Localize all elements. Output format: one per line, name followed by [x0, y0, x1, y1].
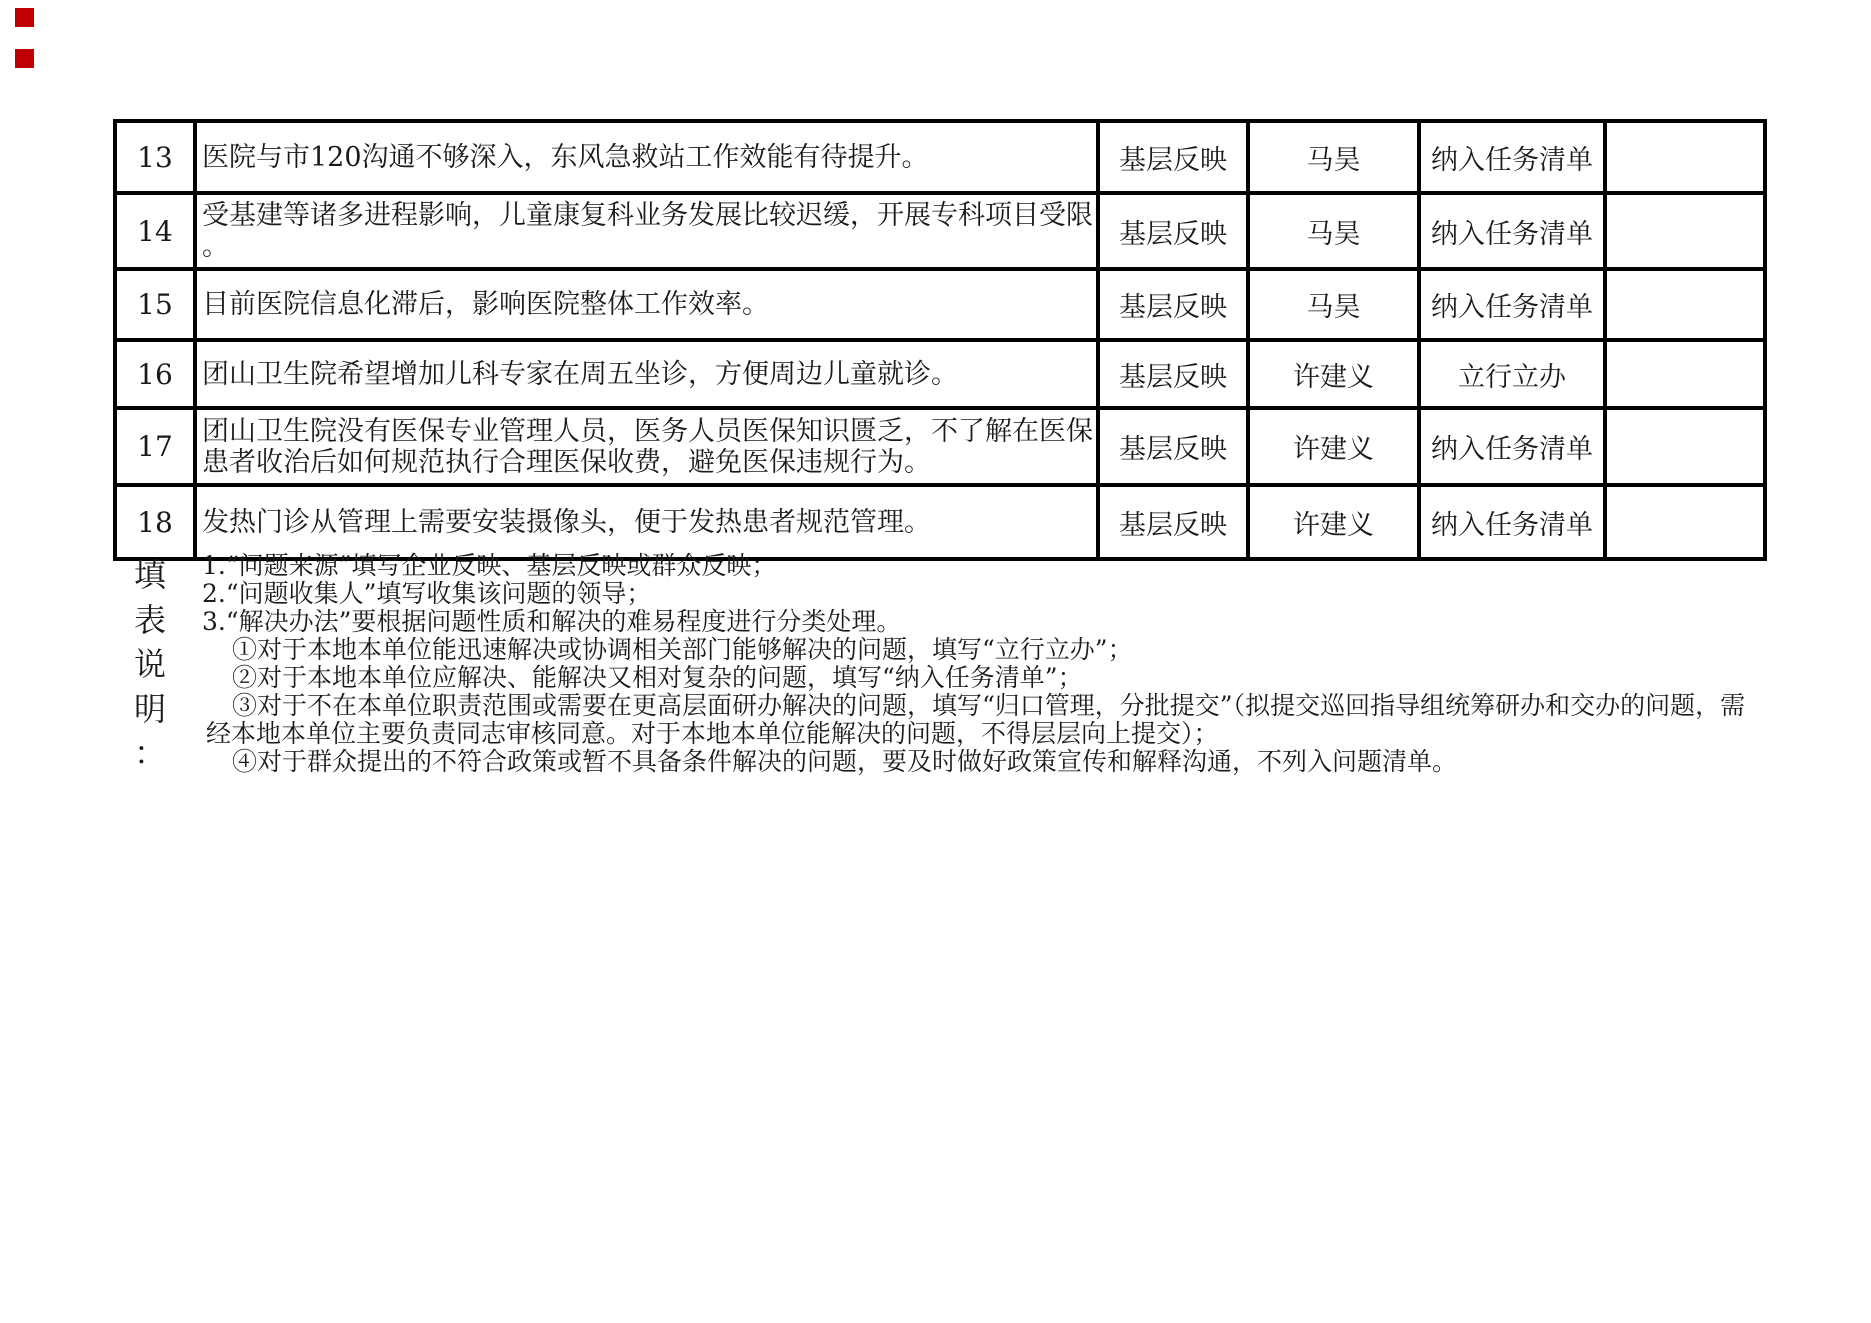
- note-line: ①对于本地本单位能迅速解决或协调相关部门能够解决的问题，填写“立行立办”；: [202, 636, 1745, 664]
- method-cell: 纳入任务清单: [1419, 193, 1605, 269]
- source-cell: 基层反映: [1098, 193, 1248, 269]
- row-number: 16: [115, 340, 195, 408]
- collector-cell: 马昊: [1248, 121, 1419, 193]
- table-row-16: 16 团山卫生院希望增加儿科专家在周五坐诊，方便周边儿童就诊。 基层反映 许建义…: [115, 340, 1765, 408]
- note-line: 1.“问题来源”填写企业反映、基层反映或群众反映；: [202, 552, 1745, 580]
- note-line: 3.“解决办法”要根据问题性质和解决的难易程度进行分类处理。: [202, 608, 1745, 636]
- notes-section: 1.“问题来源”填写企业反映、基层反映或群众反映； 2.“问题收集人”填写收集该…: [202, 552, 1745, 776]
- collector-cell: 许建义: [1248, 485, 1419, 559]
- notes-vertical-label: 填 表 说 明 ：: [130, 558, 170, 770]
- collector-cell: 许建义: [1248, 340, 1419, 408]
- remark-cell: [1605, 193, 1765, 269]
- collector-cell: 马昊: [1248, 193, 1419, 269]
- table-row-15: 15 目前医院信息化滞后，影响医院整体工作效率。 基层反映 马昊 纳入任务清单: [115, 269, 1765, 340]
- note-line: 2.“问题收集人”填写收集该问题的领导；: [202, 580, 1745, 608]
- problem-cell: 团山卫生院没有医保专业管理人员，医务人员医保知识匮乏，不了解在医保患者收治后如何…: [195, 408, 1098, 485]
- notes-label-char: 表: [134, 603, 166, 637]
- table-row-18: 18 发热门诊从管理上需要安装摄像头，便于发热患者规范管理。 基层反映 许建义 …: [115, 485, 1765, 559]
- note-line: ③对于不在本单位职责范围或需要在更高层面研办解决的问题，填写“归口管理，分批提交…: [202, 692, 1745, 720]
- table-row-14: 14 受基建等诸多进程影响，儿童康复科业务发展比较迟缓，开展专科项目受限。 基层…: [115, 193, 1765, 269]
- notes-label-char: 说: [134, 647, 166, 681]
- method-cell: 纳入任务清单: [1419, 408, 1605, 485]
- notes-label-char: 填: [134, 558, 166, 592]
- notes-label-char: ：: [134, 736, 166, 770]
- collector-cell: 许建义: [1248, 408, 1419, 485]
- red-marker-top: [15, 8, 34, 27]
- row-number: 15: [115, 269, 195, 340]
- method-cell: 纳入任务清单: [1419, 485, 1605, 559]
- method-cell: 纳入任务清单: [1419, 121, 1605, 193]
- problem-cell: 发热门诊从管理上需要安装摄像头，便于发热患者规范管理。: [195, 485, 1098, 559]
- note-line: ②对于本地本单位应解决、能解决又相对复杂的问题，填写“纳入任务清单”；: [202, 664, 1745, 692]
- note-line: 经本地本单位主要负责同志审核同意。对于本地本单位能解决的问题，不得层层向上提交）…: [202, 720, 1745, 748]
- row-number: 17: [115, 408, 195, 485]
- note-line: ④对于群众提出的不符合政策或暂不具备条件解决的问题，要及时做好政策宣传和解释沟通…: [202, 748, 1745, 776]
- problem-cell: 目前医院信息化滞后，影响医院整体工作效率。: [195, 269, 1098, 340]
- table-row-17: 17 团山卫生院没有医保专业管理人员，医务人员医保知识匮乏，不了解在医保患者收治…: [115, 408, 1765, 485]
- source-cell: 基层反映: [1098, 121, 1248, 193]
- remark-cell: [1605, 485, 1765, 559]
- remark-cell: [1605, 408, 1765, 485]
- notes-label-char: 明: [134, 692, 166, 726]
- method-cell: 立行立办: [1419, 340, 1605, 408]
- table-row-13: 13 医院与市120沟通不够深入，东风急救站工作效能有待提升。 基层反映 马昊 …: [115, 121, 1765, 193]
- problem-cell: 医院与市120沟通不够深入，东风急救站工作效能有待提升。: [195, 121, 1098, 193]
- red-marker-bottom: [15, 49, 34, 68]
- problems-table: 13 医院与市120沟通不够深入，东风急救站工作效能有待提升。 基层反映 马昊 …: [113, 119, 1767, 561]
- source-cell: 基层反映: [1098, 485, 1248, 559]
- source-cell: 基层反映: [1098, 340, 1248, 408]
- document-page: 13 医院与市120沟通不够深入，东风急救站工作效能有待提升。 基层反映 马昊 …: [0, 0, 1871, 1323]
- method-cell: 纳入任务清单: [1419, 269, 1605, 340]
- source-cell: 基层反映: [1098, 269, 1248, 340]
- row-number: 13: [115, 121, 195, 193]
- remark-cell: [1605, 121, 1765, 193]
- remark-cell: [1605, 269, 1765, 340]
- remark-cell: [1605, 340, 1765, 408]
- source-cell: 基层反映: [1098, 408, 1248, 485]
- collector-cell: 马昊: [1248, 269, 1419, 340]
- problem-cell: 受基建等诸多进程影响，儿童康复科业务发展比较迟缓，开展专科项目受限。: [195, 193, 1098, 269]
- row-number: 14: [115, 193, 195, 269]
- row-number: 18: [115, 485, 195, 559]
- problem-cell: 团山卫生院希望增加儿科专家在周五坐诊，方便周边儿童就诊。: [195, 340, 1098, 408]
